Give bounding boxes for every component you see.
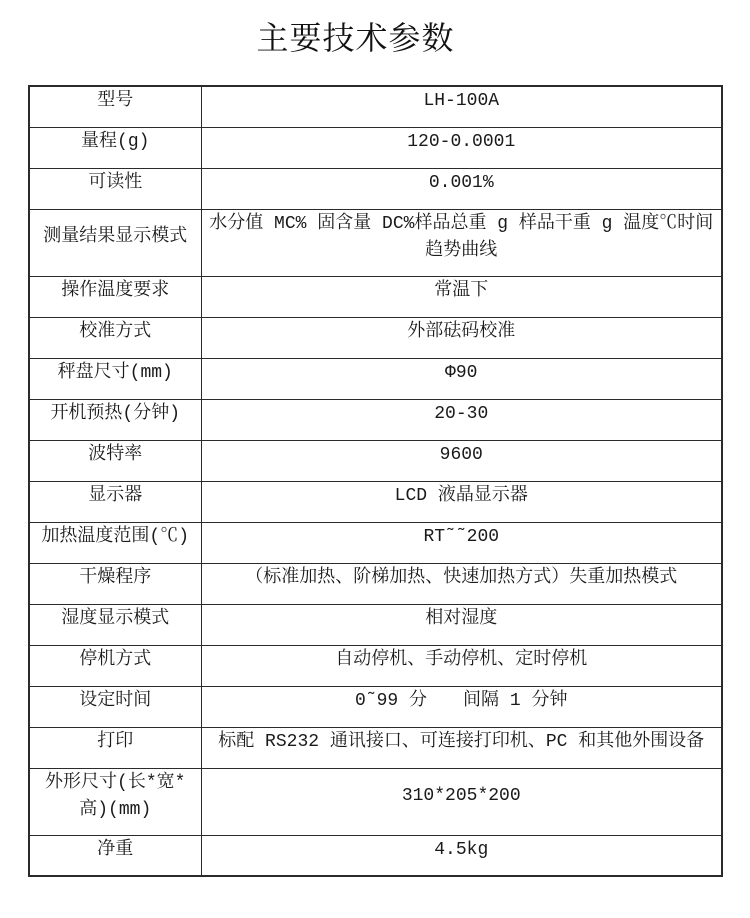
spec-value: 0˜99 分 间隔 1 分钟: [201, 686, 722, 727]
spec-label: 波特率: [29, 440, 201, 481]
table-row: 加热温度范围(℃)RT˜˜200: [29, 522, 722, 563]
table-row: 开机预热(分钟)20-30: [29, 399, 722, 440]
spec-table: 型号LH-100A量程(g)120-0.0001可读性0.001%测量结果显示模…: [28, 85, 723, 877]
spec-label: 秤盘尺寸(mm): [29, 358, 201, 399]
table-row: 可读性0.001%: [29, 168, 722, 209]
spec-value: 标配 RS232 通讯接口、可连接打印机、PC 和其他外围设备: [201, 727, 722, 768]
page-title: 主要技术参数: [8, 16, 703, 60]
table-row: 净重4.5kg: [29, 835, 722, 876]
spec-label: 量程(g): [29, 127, 201, 168]
table-row: 停机方式自动停机、手动停机、定时停机: [29, 645, 722, 686]
spec-label: 湿度显示模式: [29, 604, 201, 645]
spec-label: 校准方式: [29, 317, 201, 358]
spec-label: 型号: [29, 86, 201, 127]
spec-label: 测量结果显示模式: [29, 209, 201, 276]
spec-label: 干燥程序: [29, 563, 201, 604]
spec-value: 外部砝码校准: [201, 317, 722, 358]
page: 主要技术参数 型号LH-100A量程(g)120-0.0001可读性0.001%…: [0, 0, 750, 918]
table-row: 量程(g)120-0.0001: [29, 127, 722, 168]
spec-value: 0.001%: [201, 168, 722, 209]
spec-value: 常温下: [201, 276, 722, 317]
spec-value: Φ90: [201, 358, 722, 399]
spec-value: LH-100A: [201, 86, 722, 127]
spec-label: 停机方式: [29, 645, 201, 686]
spec-value: 310*205*200: [201, 768, 722, 835]
table-row: 干燥程序（标准加热、阶梯加热、快速加热方式）失重加热模式: [29, 563, 722, 604]
table-row: 型号LH-100A: [29, 86, 722, 127]
spec-value: RT˜˜200: [201, 522, 722, 563]
spec-label: 操作温度要求: [29, 276, 201, 317]
spec-value: 120-0.0001: [201, 127, 722, 168]
table-row: 湿度显示模式相对湿度: [29, 604, 722, 645]
spec-label: 打印: [29, 727, 201, 768]
table-row: 测量结果显示模式水分值 MC% 固含量 DC%样品总重 g 样品干重 g 温度℃…: [29, 209, 722, 276]
spec-value: 自动停机、手动停机、定时停机: [201, 645, 722, 686]
table-row: 秤盘尺寸(mm)Φ90: [29, 358, 722, 399]
spec-table-body: 型号LH-100A量程(g)120-0.0001可读性0.001%测量结果显示模…: [29, 86, 722, 876]
spec-label: 外形尺寸(长*宽*高)(mm): [29, 768, 201, 835]
spec-value: 相对湿度: [201, 604, 722, 645]
spec-label: 显示器: [29, 481, 201, 522]
spec-value: 水分值 MC% 固含量 DC%样品总重 g 样品干重 g 温度℃时间 趋势曲线: [201, 209, 722, 276]
spec-label: 加热温度范围(℃): [29, 522, 201, 563]
spec-value: 4.5kg: [201, 835, 722, 876]
table-row: 显示器LCD 液晶显示器: [29, 481, 722, 522]
table-row: 外形尺寸(长*宽*高)(mm)310*205*200: [29, 768, 722, 835]
spec-value: （标准加热、阶梯加热、快速加热方式）失重加热模式: [201, 563, 722, 604]
table-row: 操作温度要求常温下: [29, 276, 722, 317]
spec-value: LCD 液晶显示器: [201, 481, 722, 522]
spec-label: 净重: [29, 835, 201, 876]
spec-label: 开机预热(分钟): [29, 399, 201, 440]
spec-value: 20-30: [201, 399, 722, 440]
table-row: 校准方式外部砝码校准: [29, 317, 722, 358]
spec-value: 9600: [201, 440, 722, 481]
table-row: 设定时间0˜99 分 间隔 1 分钟: [29, 686, 722, 727]
table-row: 打印标配 RS232 通讯接口、可连接打印机、PC 和其他外围设备: [29, 727, 722, 768]
table-row: 波特率9600: [29, 440, 722, 481]
spec-label: 可读性: [29, 168, 201, 209]
spec-label: 设定时间: [29, 686, 201, 727]
